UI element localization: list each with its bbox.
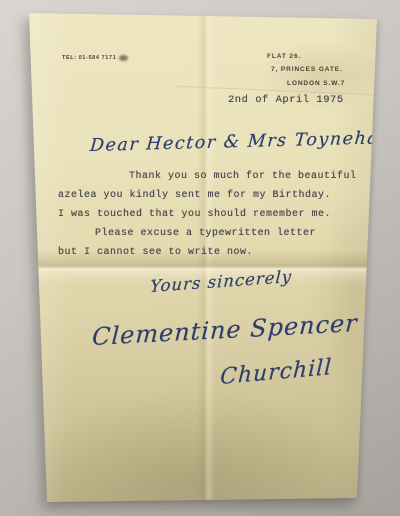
ink-smudge <box>119 55 128 61</box>
typed-line-3: I was touched that you should remember m… <box>58 205 357 224</box>
address-line-flat: FLAT 26. <box>267 53 301 60</box>
typed-line-2: azelea you kindly sent me for my Birthda… <box>58 186 357 205</box>
typed-line-4: Please excuse a typewritten letter <box>58 224 357 243</box>
letter-body: Thank you so much for the beautiful azel… <box>58 167 357 262</box>
typed-line-5: but I cannot see to write now. <box>58 243 357 262</box>
photo-background: TEL: 01-584 7171 FLAT 26. 7, PRINCES GAT… <box>0 0 400 516</box>
address-line-city: LONDON S.W.7 <box>287 80 345 87</box>
signature-name: Clementine Spencer <box>91 309 358 351</box>
address-line-street: 7, PRINCES GATE. <box>271 66 343 73</box>
letter-paper: TEL: 01-584 7171 FLAT 26. 7, PRINCES GAT… <box>0 0 400 516</box>
typed-line-1: Thank you so much for the beautiful <box>58 167 357 186</box>
signature-surname: Churchill <box>220 355 333 390</box>
letterhead-phone: TEL: 01-584 7171 <box>62 55 116 61</box>
closing-handwritten: Yours sincerely <box>150 267 293 296</box>
paper-shadow: TEL: 01-584 7171 FLAT 26. 7, PRINCES GAT… <box>0 0 400 516</box>
letter-date: 2nd of April 1975 <box>228 94 344 106</box>
salutation-handwritten: Dear Hector & Mrs Toyneham <box>89 128 398 156</box>
